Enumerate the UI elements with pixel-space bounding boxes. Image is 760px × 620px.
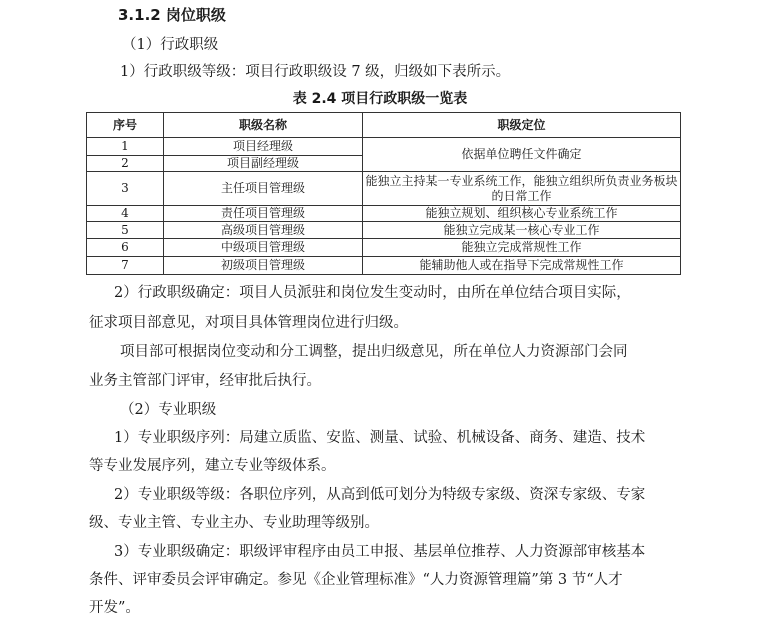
header-no: 序号: [87, 113, 164, 138]
cell-no: 3: [87, 172, 164, 206]
table-row: 5 高级项目管理级 能独立完成某一核心专业工作: [87, 222, 681, 239]
cell-name: 项目经理级: [164, 138, 363, 156]
cell-no: 1: [87, 138, 164, 156]
table-row: 6 中级项目管理级 能独立完成常规性工作: [87, 239, 681, 257]
cell-no: 4: [87, 206, 164, 222]
cell-no: 6: [87, 239, 164, 257]
section-heading: 3.1.2 岗位职级: [118, 4, 226, 25]
cell-name: 高级项目管理级: [164, 222, 363, 239]
paragraph-levels-line1: 2）专业职级等级：各职位序列，从高到低可划分为特级专家级、资深专家级、专家: [114, 485, 645, 505]
subheading-professional-rank: （2）专业职级: [120, 400, 216, 420]
header-position: 职级定位: [363, 113, 681, 138]
cell-no: 5: [87, 222, 164, 239]
paragraph-levels-line2: 级、专业主管、专业主办、专业助理等级别。: [89, 513, 379, 533]
rank-table: 序号 职级名称 职级定位 1 项目经理级 依据单位聘任文件确定 2 项目副经理级…: [86, 112, 681, 275]
cell-name: 项目副经理级: [164, 156, 363, 172]
table-row: 1 项目经理级 依据单位聘任文件确定: [87, 138, 681, 156]
cell-name: 中级项目管理级: [164, 239, 363, 257]
cell-name: 主任项目管理级: [164, 172, 363, 206]
subheading-administrative-rank: （1）行政职级: [122, 35, 218, 55]
cell-desc: 能独立完成常规性工作: [363, 239, 681, 257]
header-name: 职级名称: [164, 113, 363, 138]
cell-desc: 能独立完成某一核心专业工作: [363, 222, 681, 239]
paragraph-rank-determination-line2: 征求项目部意见，对项目具体管理岗位进行归级。: [89, 313, 408, 333]
paragraph-adjustment-line2: 业务主管部门评审，经审批后执行。: [89, 371, 321, 391]
paragraph-confirmation-line2: 条件、评审委员会评审确定。参见《企业管理标准》“人力资源管理篇”第 3 节“人才: [89, 570, 623, 590]
paragraph-sequence-line2: 等专业发展序列，建立专业等级体系。: [89, 456, 336, 476]
cell-desc: 能辅助他人或在指导下完成常规性工作: [363, 257, 681, 275]
cell-no: 2: [87, 156, 164, 172]
paragraph-confirmation-line1: 3）专业职级确定：职级评审程序由员工申报、基层单位推荐、人力资源部审核基本: [114, 542, 645, 562]
cell-no: 7: [87, 257, 164, 275]
paragraph-rank-determination-line1: 2）行政职级确定：项目人员派驻和岗位发生变动时，由所在单位结合项目实际，: [114, 283, 631, 303]
paragraph-sequence-line1: 1）专业职级序列：局建立质监、安监、测量、试验、机械设备、商务、建造、技术: [114, 428, 645, 448]
paragraph-rank-levels: 1）行政职级等级：项目行政职级设 7 级，归级如下表所示。: [120, 62, 510, 82]
table-header-row: 序号 职级名称 职级定位: [87, 113, 681, 138]
cell-name: 责任项目管理级: [164, 206, 363, 222]
table-row: 7 初级项目管理级 能辅助他人或在指导下完成常规性工作: [87, 257, 681, 275]
cell-desc-merged: 依据单位聘任文件确定: [363, 138, 681, 172]
table-row: 3 主任项目管理级 能独立主持某一专业系统工作，能独立组织所负责业务板块的日常工…: [87, 172, 681, 206]
table-row: 4 责任项目管理级 能独立规划、组织核心专业系统工作: [87, 206, 681, 222]
table-caption: 表 2.4 项目行政职级一览表: [0, 88, 760, 108]
cell-desc: 能独立规划、组织核心专业系统工作: [363, 206, 681, 222]
cell-desc: 能独立主持某一专业系统工作，能独立组织所负责业务板块的日常工作: [363, 172, 681, 206]
cell-name: 初级项目管理级: [164, 257, 363, 275]
paragraph-confirmation-line3: 开发”。: [89, 598, 140, 618]
paragraph-adjustment-line1: 项目部可根据岗位变动和分工调整，提出归级意见，所在单位人力资源部门会同: [120, 342, 628, 362]
